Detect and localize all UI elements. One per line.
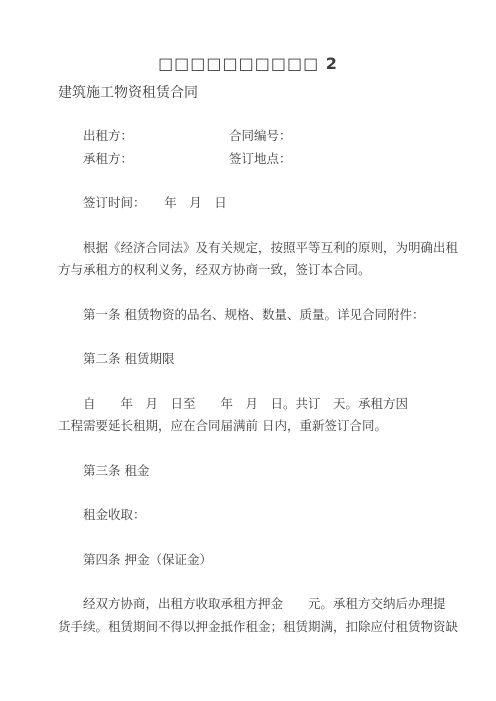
deposit-paragraph: 经双方协商，出租方收取承租方押金 元。承租方交纳后办理提 货手续。租赁期间不得以… bbox=[58, 593, 438, 638]
preamble-paragraph: 根据《经济合同法》及有关规定，按照平等互利的原则，为明确出租 方与承租方的权利义… bbox=[58, 237, 438, 282]
lessee-label: 承租方： bbox=[83, 148, 229, 171]
article-1-text: 第一条 租赁物资的品名、规格、数量、质量。详见合同附件： bbox=[58, 304, 438, 327]
deposit-line-1: 经双方协商，出租方收取承租方押金 元。承租方交纳后办理提 bbox=[58, 593, 438, 616]
deposit-line-2: 货手续。租赁期间不得以押金抵作租金；租赁期满，扣除应付租赁物资缺 bbox=[58, 616, 438, 639]
doc-heading: 建筑施工物资租赁合同 bbox=[58, 82, 438, 104]
rent-collect-line: 租金收取： bbox=[58, 504, 438, 527]
contract-no-label: 合同编号： bbox=[229, 128, 292, 143]
page-title: □□□□□□□□□□ 2 bbox=[58, 53, 438, 75]
lease-term-paragraph: 自 年 月 日至 年 月 日。共订 天。承租方因 工程需要延长租期，应在合同届满… bbox=[58, 393, 438, 438]
lessor-label: 出租方： bbox=[83, 125, 229, 148]
document-page: □□□□□□□□□□ 2 建筑施工物资租赁合同 出租方：合同编号： 承租方：签订… bbox=[0, 0, 496, 701]
preamble-line-2: 方与承租方的权利义务，经双方协商一致，签订本合同。 bbox=[58, 259, 438, 282]
lease-term-line-2: 工程需要延长租期，应在合同届满前 日内，重新签订合同。 bbox=[58, 415, 438, 438]
lessee-row: 承租方：签订地点： bbox=[58, 148, 438, 171]
lessor-row: 出租方：合同编号： bbox=[58, 125, 438, 148]
sign-time-block: 签订时间： 年 月 日 bbox=[58, 192, 438, 215]
article-4-title-block: 第四条 押金（保证金） bbox=[58, 549, 438, 572]
sign-place-label: 签订地点： bbox=[229, 151, 292, 166]
article-2-title: 第二条 租赁期限 bbox=[58, 348, 438, 371]
article-2-title-block: 第二条 租赁期限 bbox=[58, 348, 438, 371]
article-3-title-block: 第三条 租金 bbox=[58, 460, 438, 483]
rent-collect-block: 租金收取： bbox=[58, 504, 438, 527]
preamble-line-1: 根据《经济合同法》及有关规定，按照平等互利的原则，为明确出租 bbox=[58, 237, 438, 260]
sign-time-line: 签订时间： 年 月 日 bbox=[58, 192, 438, 215]
article-3-title: 第三条 租金 bbox=[58, 460, 438, 483]
article-4-title: 第四条 押金（保证金） bbox=[58, 549, 438, 572]
article-1-block: 第一条 租赁物资的品名、规格、数量、质量。详见合同附件： bbox=[58, 304, 438, 327]
parties-block: 出租方：合同编号： 承租方：签订地点： bbox=[58, 125, 438, 170]
lease-term-line-1: 自 年 月 日至 年 月 日。共订 天。承租方因 bbox=[58, 393, 438, 416]
